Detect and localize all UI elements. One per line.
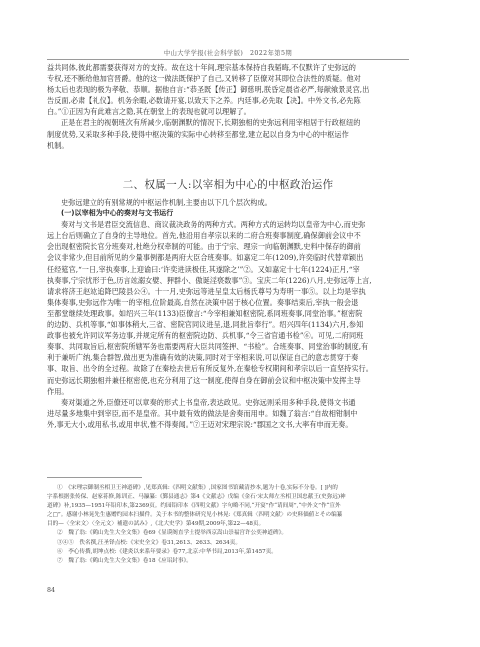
text-line: 正是在君主的视朝班次有所减少,临朝渊默的情况下,长期独相的史弥远利用宰相居于行政… bbox=[47, 117, 409, 128]
text-line: 的边防、兵机等事,“如事体稍大,三省、密院官同议进呈,退,同批旨奉行”。绍兴四年… bbox=[47, 319, 409, 330]
footnote-line: ⑥ 李心传撰,胡坤点校:《建炎以来系年要录》卷77,北京:中华书局,2013年,… bbox=[47, 548, 409, 557]
section-title: 二、权属一人:以宰相为中心的中枢政治运作 bbox=[47, 177, 409, 192]
text-line: 奏对与文书是君臣交流信息、商议裁决政务的两种方式。两种方式的运转均以皇帝为中心,… bbox=[47, 219, 409, 230]
text-line: 会出现枢密院长官分班奏对,杜绝分权牵制的可能。由于宁宗、理宗一向临朝渊默,史料中… bbox=[47, 241, 409, 252]
text-line: 奏事、共同取旨后,枢密院所辖军务也需要两府大臣共同签押、“书检”。合班奏事、同堂… bbox=[47, 341, 409, 352]
footnote-line: ② 魏了翁:《鹤山先生大全文集》卷69《显谟阁直学士提举西京嵩山崇福宫许公奕神道… bbox=[47, 529, 409, 538]
body-text-main: 史弥远建立的有别常规的中枢运作机制,主要由以下几个层次构成。 (一)以宰相为中心… bbox=[47, 197, 409, 430]
intro-line: 史弥远建立的有别常规的中枢运作机制,主要由以下几个层次构成。 bbox=[47, 197, 409, 208]
footnote-line: 目的—〈全宋文〉〈全元文〉補遺の試み》,《北大史学》第49期,2009年,第22… bbox=[47, 520, 409, 529]
text-line: 利于兼听广纳,集合群智,做出更为准确有效的决策,同时对于宰相来说,可以保证自己的… bbox=[47, 352, 409, 363]
text-line: 白。”①正因为有此难言之隐,其在朝堂上的表现也就可以理解了。 bbox=[47, 106, 409, 117]
footnote-line: 道碑》补,1935—1951年铅印本,第2369页。约园铅印本《四明文献》字句略… bbox=[47, 502, 409, 511]
footnote-line: ③④⑤ 佚名撰,汪圣铎点校:《宋史全文》卷31,2613、2633、2634页。 bbox=[47, 539, 409, 548]
text-line: 会议非常少,但目前所见的少量事例都是两府大臣合班奏事。如嘉定二年(1209),许… bbox=[47, 252, 409, 263]
text-line: 远上台后则确立了自身的主导地位。首先,他沿用自孝宗以来的二府合班奏事制度,确保御… bbox=[47, 230, 409, 241]
subheading: (一)以宰相为中心的奏对与文书运行 bbox=[47, 208, 409, 219]
text-line: 杨太后也表现的极为孝敬、恭顺。据他自言:“恭圣既【传正】御慈明,朕昏定晨省必严,… bbox=[47, 84, 409, 95]
text-line: 请求将济王赵竑追降巴陵县公④。十一月,史弥远等进呈皇太后杨氏尊号为寿明一事⑤。以… bbox=[47, 286, 409, 297]
text-line: 事、取旨、出令的全过程。故除了在秦桧去世后有所反复外,在秦桧专权期间和孝宗以后一… bbox=[47, 363, 409, 374]
text-line: 政事也被允许同议军务边事,并规定所有的枢密院边防、兵机事,“令三省官通书检”⑥。… bbox=[47, 330, 409, 341]
text-line: 执奏事,宁宗忧形于色,历言竑溺女嬖、狎群小、傲诞淫亵数事”③。宝庆二年(1226… bbox=[47, 275, 409, 286]
page-number: 84 bbox=[47, 587, 55, 594]
text-line: 奏对渠道之外,臣僚还可以章奏的形式上书皇帝,表达政见。史弥远则采用多种手段,使得… bbox=[47, 397, 409, 408]
text-line: 制度优势,又采取多种手段,使得中枢决策的实际中心转移至都堂,建立起以自身为中心的… bbox=[47, 129, 409, 140]
text-line: 而史弥远长期独相并兼任枢密使,也充分利用了这一制度,使得自身在御前会议和中枢决策… bbox=[47, 375, 409, 386]
text-line: 机制。 bbox=[47, 140, 409, 151]
document-page: 中山大学学报(社会科学版) 2022年第5期 益共同体,彼此都需要获得对方的支持… bbox=[0, 0, 480, 647]
footnote-line: 之□”。感谢小林晃先生惠赠约园本扫描件。关于本书的整体研究见小林晃:《郑真辑〈四… bbox=[47, 511, 409, 520]
text-line: 告反面,必肃【礼仪】。机务余暇,必数请开宴,以致天下之养。内廷事,必先取【决】。… bbox=[47, 95, 409, 106]
footnote-line: 字系根据张传保、赵家荪修,陈训正、马瀛纂:《鄞县通志》第4《文献志》戊编《金石·… bbox=[47, 493, 409, 502]
text-line: 专权,还不断给他加官晋爵。他的这一做法既保护了自己,又转移了臣僚对其即位合法性的… bbox=[47, 73, 409, 84]
text-line: 任经筵官,“一日,宰执奏事,上迎谕曰:‘许奕进读极佳,其遂除之’”②。又如嘉定十… bbox=[47, 264, 409, 275]
footnotes: ① 《宋理宗御制丞相卫王神道碑》,见郑真辑:《四明文献集》,国家图书馆藏清抄本,… bbox=[47, 484, 409, 566]
footnote-divider bbox=[47, 477, 142, 478]
text-line: 至都堂继续处理政事。如绍兴三年(1133)臣僚言:“今宰相兼知枢密院,系同班奏事… bbox=[47, 308, 409, 319]
footnote-line: ① 《宋理宗御制丞相卫王神道碑》,见郑真辑:《四明文献集》,国家图书馆藏清抄本,… bbox=[47, 484, 409, 493]
text-line: 进尽量多地集中到宰臣,而不是皇帝。其中最有效的做法是舍奏而用申。如魏了翁言:“自… bbox=[47, 408, 409, 419]
text-line: 益共同体,彼此都需要获得对方的支持。故在这十年间,理宗基本保持自我韬晦,不仅默许… bbox=[47, 62, 409, 73]
text-line: 作用。 bbox=[47, 386, 409, 397]
text-line: 集体奏事,史弥远作为唯一的宰相,位阶最高,自然在决策中居于核心位置。奏事结束后,… bbox=[47, 297, 409, 308]
header-divider bbox=[47, 59, 409, 60]
body-text-top: 益共同体,彼此都需要获得对方的支持。故在这十年间,理宗基本保持自我韬晦,不仅默许… bbox=[47, 62, 409, 151]
running-head: 中山大学学报(社会科学版) 2022年第5期 bbox=[47, 48, 409, 57]
footnote-line: ⑦ 魏了翁:《鹤山先生大全文集》卷18《应诏封事》。 bbox=[47, 557, 409, 566]
text-line: 外,事无大小,或用私书,或用申状,惟不得奏闻。”⑦王迈对宋理宗说:“郡国之文书,… bbox=[47, 419, 409, 430]
